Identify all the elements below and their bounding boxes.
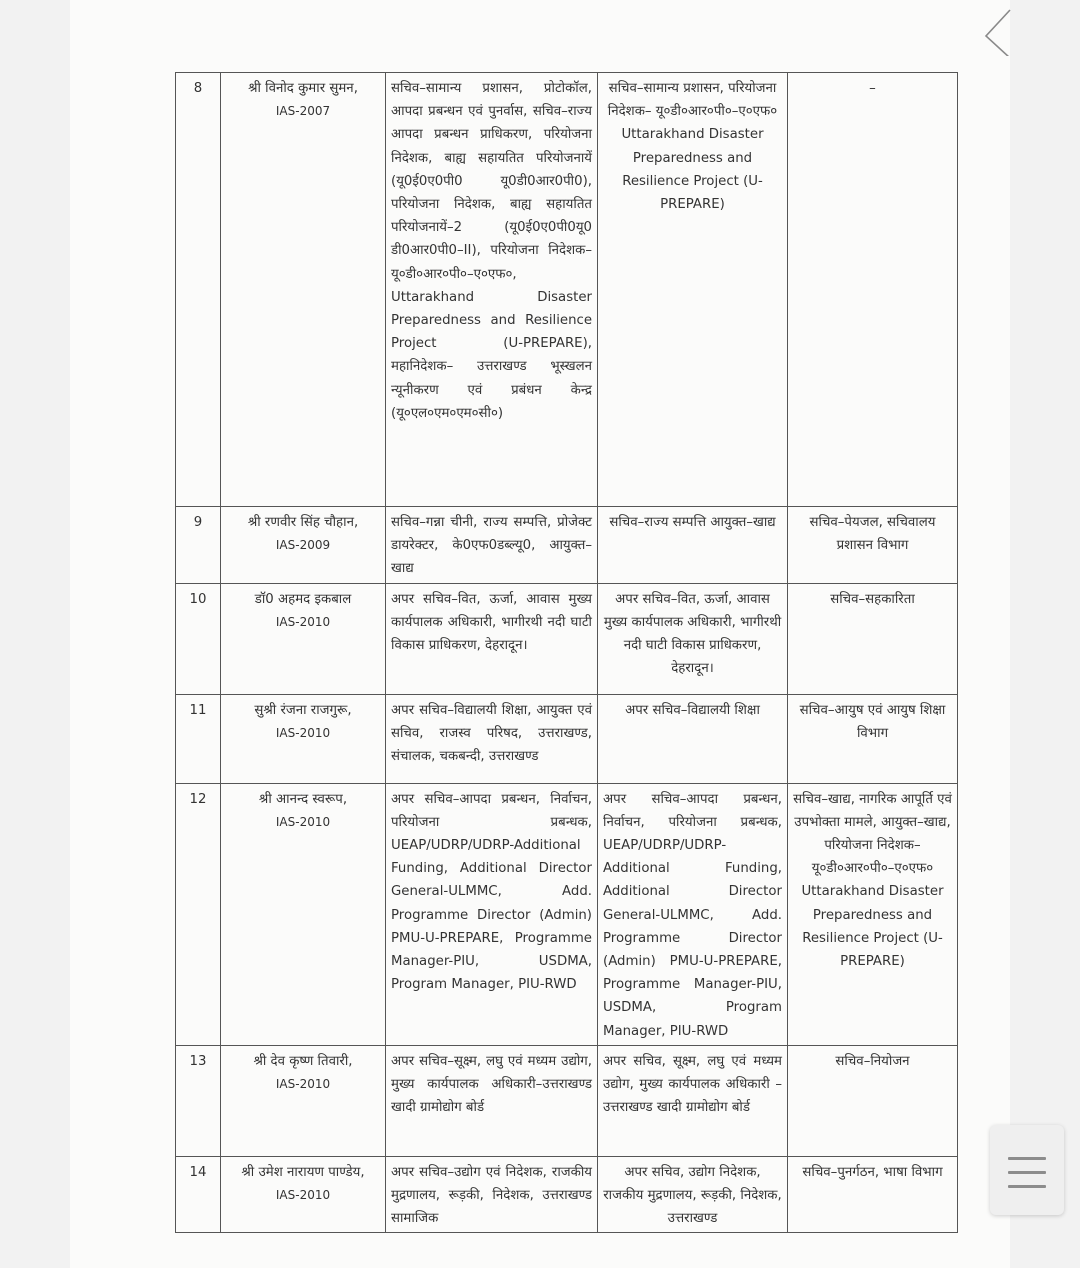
new-posts: सचिव–नियोजन	[788, 1045, 958, 1156]
retained-posts: अपर सचिव–विद्यालयी शिक्षा	[598, 694, 788, 783]
current-posts: सचिव–गन्ना चीनी, राज्य सम्पत्ति, प्रोजेक…	[386, 507, 598, 584]
retained-posts: सचिव–सामान्य प्रशासन, परियोजना निदेशक– य…	[598, 73, 788, 507]
retained-posts: अपर सचिव, उद्योग निदेशक, राजकीय मुद्रणाल…	[598, 1156, 788, 1233]
officer-service: IAS-2010	[226, 1073, 380, 1096]
serial-number: 10	[176, 583, 221, 694]
officer-name-cell: श्री देव कृष्ण तिवारी, IAS-2010	[221, 1045, 386, 1156]
current-posts: अपर सचिव–उद्योग एवं निदेशक, राजकीय मुद्र…	[386, 1156, 598, 1233]
new-posts: सचिव–सहकारिता	[788, 583, 958, 694]
officer-service: IAS-2010	[226, 611, 380, 634]
current-posts: अपर सचिव–वित, ऊर्जा, आवास मुख्य कार्यपाल…	[386, 583, 598, 694]
menu-button[interactable]	[990, 1125, 1064, 1215]
officer-name: श्री आनन्द स्वरूप,	[226, 788, 380, 811]
officer-name: सुश्री रंजना राजगुरू,	[226, 699, 380, 722]
officer-service: IAS-2010	[226, 722, 380, 745]
officer-name: श्री विनोद कुमार सुमन,	[226, 77, 380, 100]
officer-name: डॉ0 अहमद इकबाल	[226, 588, 380, 611]
serial-number: 13	[176, 1045, 221, 1156]
officer-name: श्री देव कृष्ण तिवारी,	[226, 1050, 380, 1073]
officer-name-cell: श्री विनोद कुमार सुमन, IAS-2007	[221, 73, 386, 507]
officer-service: IAS-2007	[226, 100, 380, 123]
table-row: 11 सुश्री रंजना राजगुरू, IAS-2010 अपर सच…	[176, 694, 958, 783]
officer-name: श्री रणवीर सिंह चौहान,	[226, 511, 380, 534]
current-posts: अपर सचिव–सूक्ष्म, लघु एवं मध्यम उद्योग, …	[386, 1045, 598, 1156]
new-posts: सचिव–आयुष एवं आयुष शिक्षा विभाग	[788, 694, 958, 783]
current-posts: अपर सचिव–विद्यालयी शिक्षा, आयुक्त एवं सच…	[386, 694, 598, 783]
table-row: 9 श्री रणवीर सिंह चौहान, IAS-2009 सचिव–ग…	[176, 507, 958, 584]
officer-service: IAS-2010	[226, 1184, 380, 1207]
officer-name-cell: श्री रणवीर सिंह चौहान, IAS-2009	[221, 507, 386, 584]
serial-number: 12	[176, 783, 221, 1045]
serial-number: 8	[176, 73, 221, 507]
new-posts: सचिव–पुनर्गठन, भाषा विभाग	[788, 1156, 958, 1233]
serial-number: 14	[176, 1156, 221, 1233]
officer-name-cell: श्री आनन्द स्वरूप, IAS-2010	[221, 783, 386, 1045]
officer-name-cell: श्री उमेश नारायण पाण्डेय, IAS-2010	[221, 1156, 386, 1233]
new-posts: –	[788, 73, 958, 507]
retained-posts: सचिव–राज्य सम्पत्ति आयुक्त–खाद्य	[598, 507, 788, 584]
officer-name: श्री उमेश नारायण पाण्डेय,	[226, 1161, 380, 1184]
retained-posts: अपर सचिव–वित, ऊर्जा, आवास मुख्य कार्यपाल…	[598, 583, 788, 694]
table-row: 12 श्री आनन्द स्वरूप, IAS-2010 अपर सचिव–…	[176, 783, 958, 1045]
current-posts: अपर सचिव–आपदा प्रबन्धन, निर्वाचन, परियोज…	[386, 783, 598, 1045]
officer-name-cell: सुश्री रंजना राजगुरू, IAS-2010	[221, 694, 386, 783]
new-posts: सचिव–पेयजल, सचिवालय प्रशासन विभाग	[788, 507, 958, 584]
retained-posts: अपर सचिव–आपदा प्रबन्धन, निर्वाचन, परियोज…	[598, 783, 788, 1045]
chevron-left-icon	[982, 6, 1012, 56]
officer-name-cell: डॉ0 अहमद इकबाल IAS-2010	[221, 583, 386, 694]
new-posts: सचिव–खाद्य, नागरिक आपूर्ति एवं उपभोक्ता …	[788, 783, 958, 1045]
back-button[interactable]	[982, 6, 1012, 56]
serial-number: 9	[176, 507, 221, 584]
serial-number: 11	[176, 694, 221, 783]
current-posts: सचिव–सामान्य प्रशासन, प्रोटोकॉल, आपदा प्…	[386, 73, 598, 507]
table-row: 14 श्री उमेश नारायण पाण्डेय, IAS-2010 अप…	[176, 1156, 958, 1233]
transfer-orders-table: 8 श्री विनोद कुमार सुमन, IAS-2007 सचिव–स…	[175, 72, 958, 1233]
officer-service: IAS-2010	[226, 811, 380, 834]
table-row: 13 श्री देव कृष्ण तिवारी, IAS-2010 अपर स…	[176, 1045, 958, 1156]
table-row: 8 श्री विनोद कुमार सुमन, IAS-2007 सचिव–स…	[176, 73, 958, 507]
retained-posts: अपर सचिव, सूक्ष्म, लघु एवं मध्यम उद्योग,…	[598, 1045, 788, 1156]
table-row: 10 डॉ0 अहमद इकबाल IAS-2010 अपर सचिव–वित,…	[176, 583, 958, 694]
officer-service: IAS-2009	[226, 534, 380, 557]
